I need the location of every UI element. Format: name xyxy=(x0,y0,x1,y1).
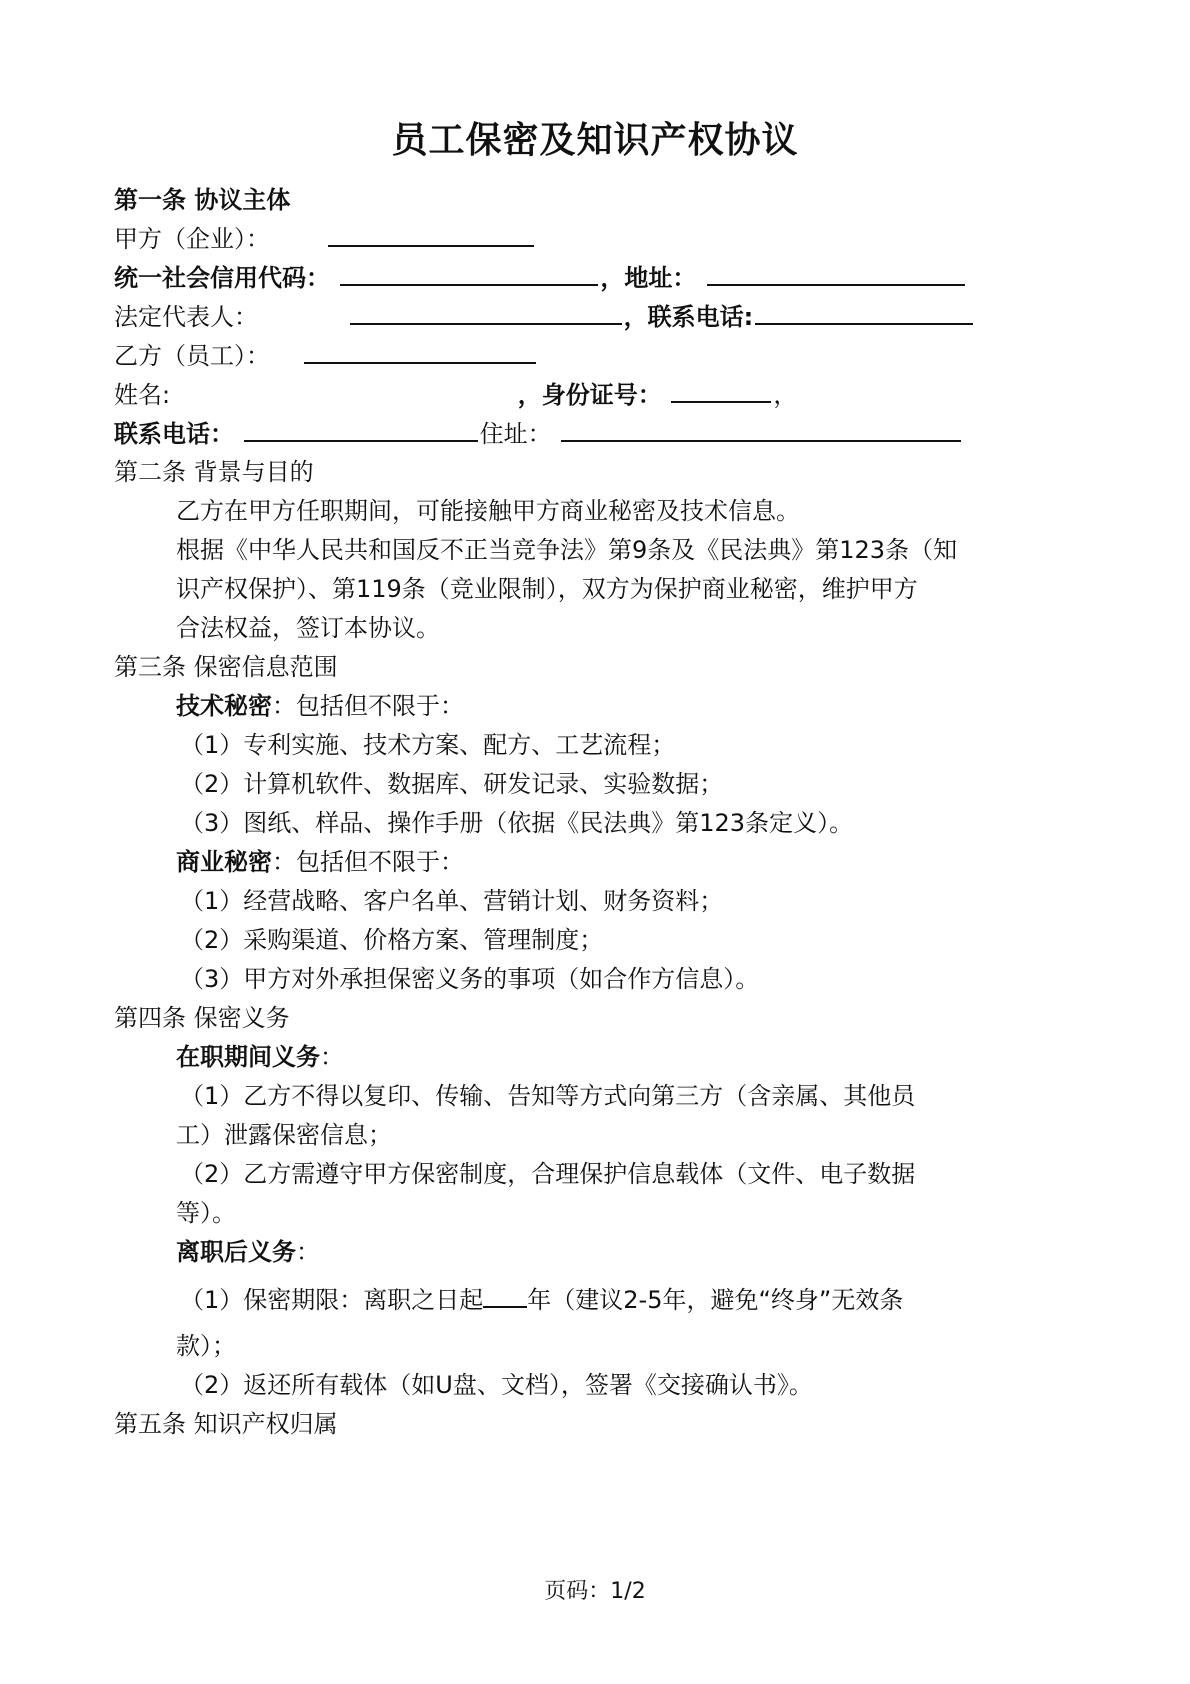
employee-phone-label: 联系电话： xyxy=(114,420,234,448)
legal-rep-blank[interactable] xyxy=(350,301,622,325)
article-2-paragraph-2-line-1: 根据《中华人民共和国反不正当竞争法》第9条及《民法典》第123条（知 xyxy=(176,534,957,566)
tech-item-3: （3）图纸、样品、操作手册（依据《民法典》第123条定义）。 xyxy=(180,807,853,839)
article-1-heading: 第一条 协议主体 xyxy=(114,184,290,216)
after-item-1-line-2: 款）； xyxy=(176,1330,236,1362)
tech-secret-intro: 技术秘密：包括但不限于： xyxy=(176,690,464,722)
during-item-2-line-1: （2）乙方需遵守甲方保密制度，合理保护信息载体（文件、电子数据 xyxy=(180,1158,915,1190)
during-employment-colon: ： xyxy=(320,1043,344,1071)
party-a-row: 甲方（企业）： xyxy=(114,223,536,255)
during-item-1-line-2: 工）泄露保密信息； xyxy=(176,1119,392,1151)
after-item-1-text-a: （1）保密期限：离职之日起 xyxy=(180,1286,483,1314)
credit-code-row: 统一社会信用代码： ，地址： xyxy=(114,262,967,294)
party-b-label: 乙方（员工）： xyxy=(114,342,270,370)
company-phone-blank[interactable] xyxy=(755,301,973,325)
article-2-paragraph-2-line-2: 识产权保护）、第119条（竞业限制），双方为保护商业秘密，维护甲方 xyxy=(176,573,918,605)
confidentiality-years-blank[interactable] xyxy=(483,1284,527,1308)
legal-rep-row: 法定代表人： ，联系电话: xyxy=(114,301,975,333)
id-number-blank[interactable] xyxy=(671,379,771,403)
during-item-1-line-1: （1）乙方不得以复印、传输、告知等方式向第三方（含亲属、其他员 xyxy=(180,1080,915,1112)
after-employment-colon: ： xyxy=(296,1238,320,1266)
residence-label: 住址： xyxy=(480,420,552,448)
business-item-2: （2）采购渠道、价格方案、管理制度； xyxy=(180,924,603,956)
document-page: 员工保密及知识产权协议 第一条 协议主体 甲方（企业）： 统一社会信用代码： ，… xyxy=(0,0,1190,1684)
after-employment-heading: 离职后义务： xyxy=(176,1236,320,1268)
article-5-heading: 第五条 知识产权归属 xyxy=(114,1408,338,1440)
party-b-row: 乙方（员工）： xyxy=(114,340,538,372)
during-employment-heading: 在职期间义务： xyxy=(176,1041,344,1073)
business-secret-label: 商业秘密 xyxy=(176,848,272,876)
legal-rep-label: 法定代表人： xyxy=(114,303,258,331)
credit-code-blank[interactable] xyxy=(340,262,598,286)
during-item-2-line-2: 等）。 xyxy=(176,1197,236,1229)
after-item-1-text-b: 年（建议2-5年，避免“终身”无效条 xyxy=(527,1286,903,1314)
name-id-row: 姓名: ，身份证号： ， xyxy=(114,379,797,411)
name-label: 姓名: xyxy=(114,381,170,409)
party-a-label: 甲方（企业）： xyxy=(114,225,270,253)
tech-item-1: （1）专利实施、技术方案、配方、工艺流程； xyxy=(180,729,675,761)
credit-code-label: 统一社会信用代码： xyxy=(114,264,330,292)
after-item-2: （2）返还所有载体（如U盘、文档），签署《交接确认书》。 xyxy=(180,1369,813,1401)
company-address-blank[interactable] xyxy=(707,262,965,286)
article-2-heading: 第二条 背景与目的 xyxy=(114,456,314,488)
article-2-paragraph-2-line-3: 合法权益，签订本协议。 xyxy=(176,612,440,644)
article-3-heading: 第三条 保密信息范围 xyxy=(114,651,338,683)
tech-secret-intro-text: ：包括但不限于： xyxy=(272,692,464,720)
tech-item-2: （2）计算机软件、数据库、研发记录、实验数据； xyxy=(180,768,723,800)
during-employment-label: 在职期间义务 xyxy=(176,1043,320,1071)
after-item-1-line-1: （1）保密期限：离职之日起年（建议2-5年，避免“终身”无效条 xyxy=(180,1284,903,1316)
business-secret-intro: 商业秘密：包括但不限于： xyxy=(176,846,464,878)
address-label: ，地址： xyxy=(600,264,696,292)
contact-row: 联系电话： 住址： xyxy=(114,418,963,450)
page-number: 页码：1/2 xyxy=(0,1574,1190,1605)
id-number-label: ，身份证号： xyxy=(518,381,662,409)
company-phone-label: ，联系电话: xyxy=(624,303,754,331)
business-secret-intro-text: ：包括但不限于： xyxy=(272,848,464,876)
article-4-heading: 第四条 保密义务 xyxy=(114,1002,290,1034)
business-item-1: （1）经营战略、客户名单、营销计划、财务资料； xyxy=(180,885,723,917)
after-employment-label: 离职后义务 xyxy=(176,1238,296,1266)
article-2-paragraph-1: 乙方在甲方任职期间，可能接触甲方商业秘密及技术信息。 xyxy=(176,495,800,527)
employee-phone-blank[interactable] xyxy=(244,418,478,442)
party-b-blank[interactable] xyxy=(304,340,536,364)
document-title: 员工保密及知识产权协议 xyxy=(0,112,1190,163)
business-item-3: （3）甲方对外承担保密义务的事项（如合作方信息）。 xyxy=(180,963,759,995)
id-number-end: ， xyxy=(773,381,797,409)
party-a-blank[interactable] xyxy=(328,223,534,247)
tech-secret-label: 技术秘密 xyxy=(176,692,272,720)
residence-blank[interactable] xyxy=(561,418,961,442)
